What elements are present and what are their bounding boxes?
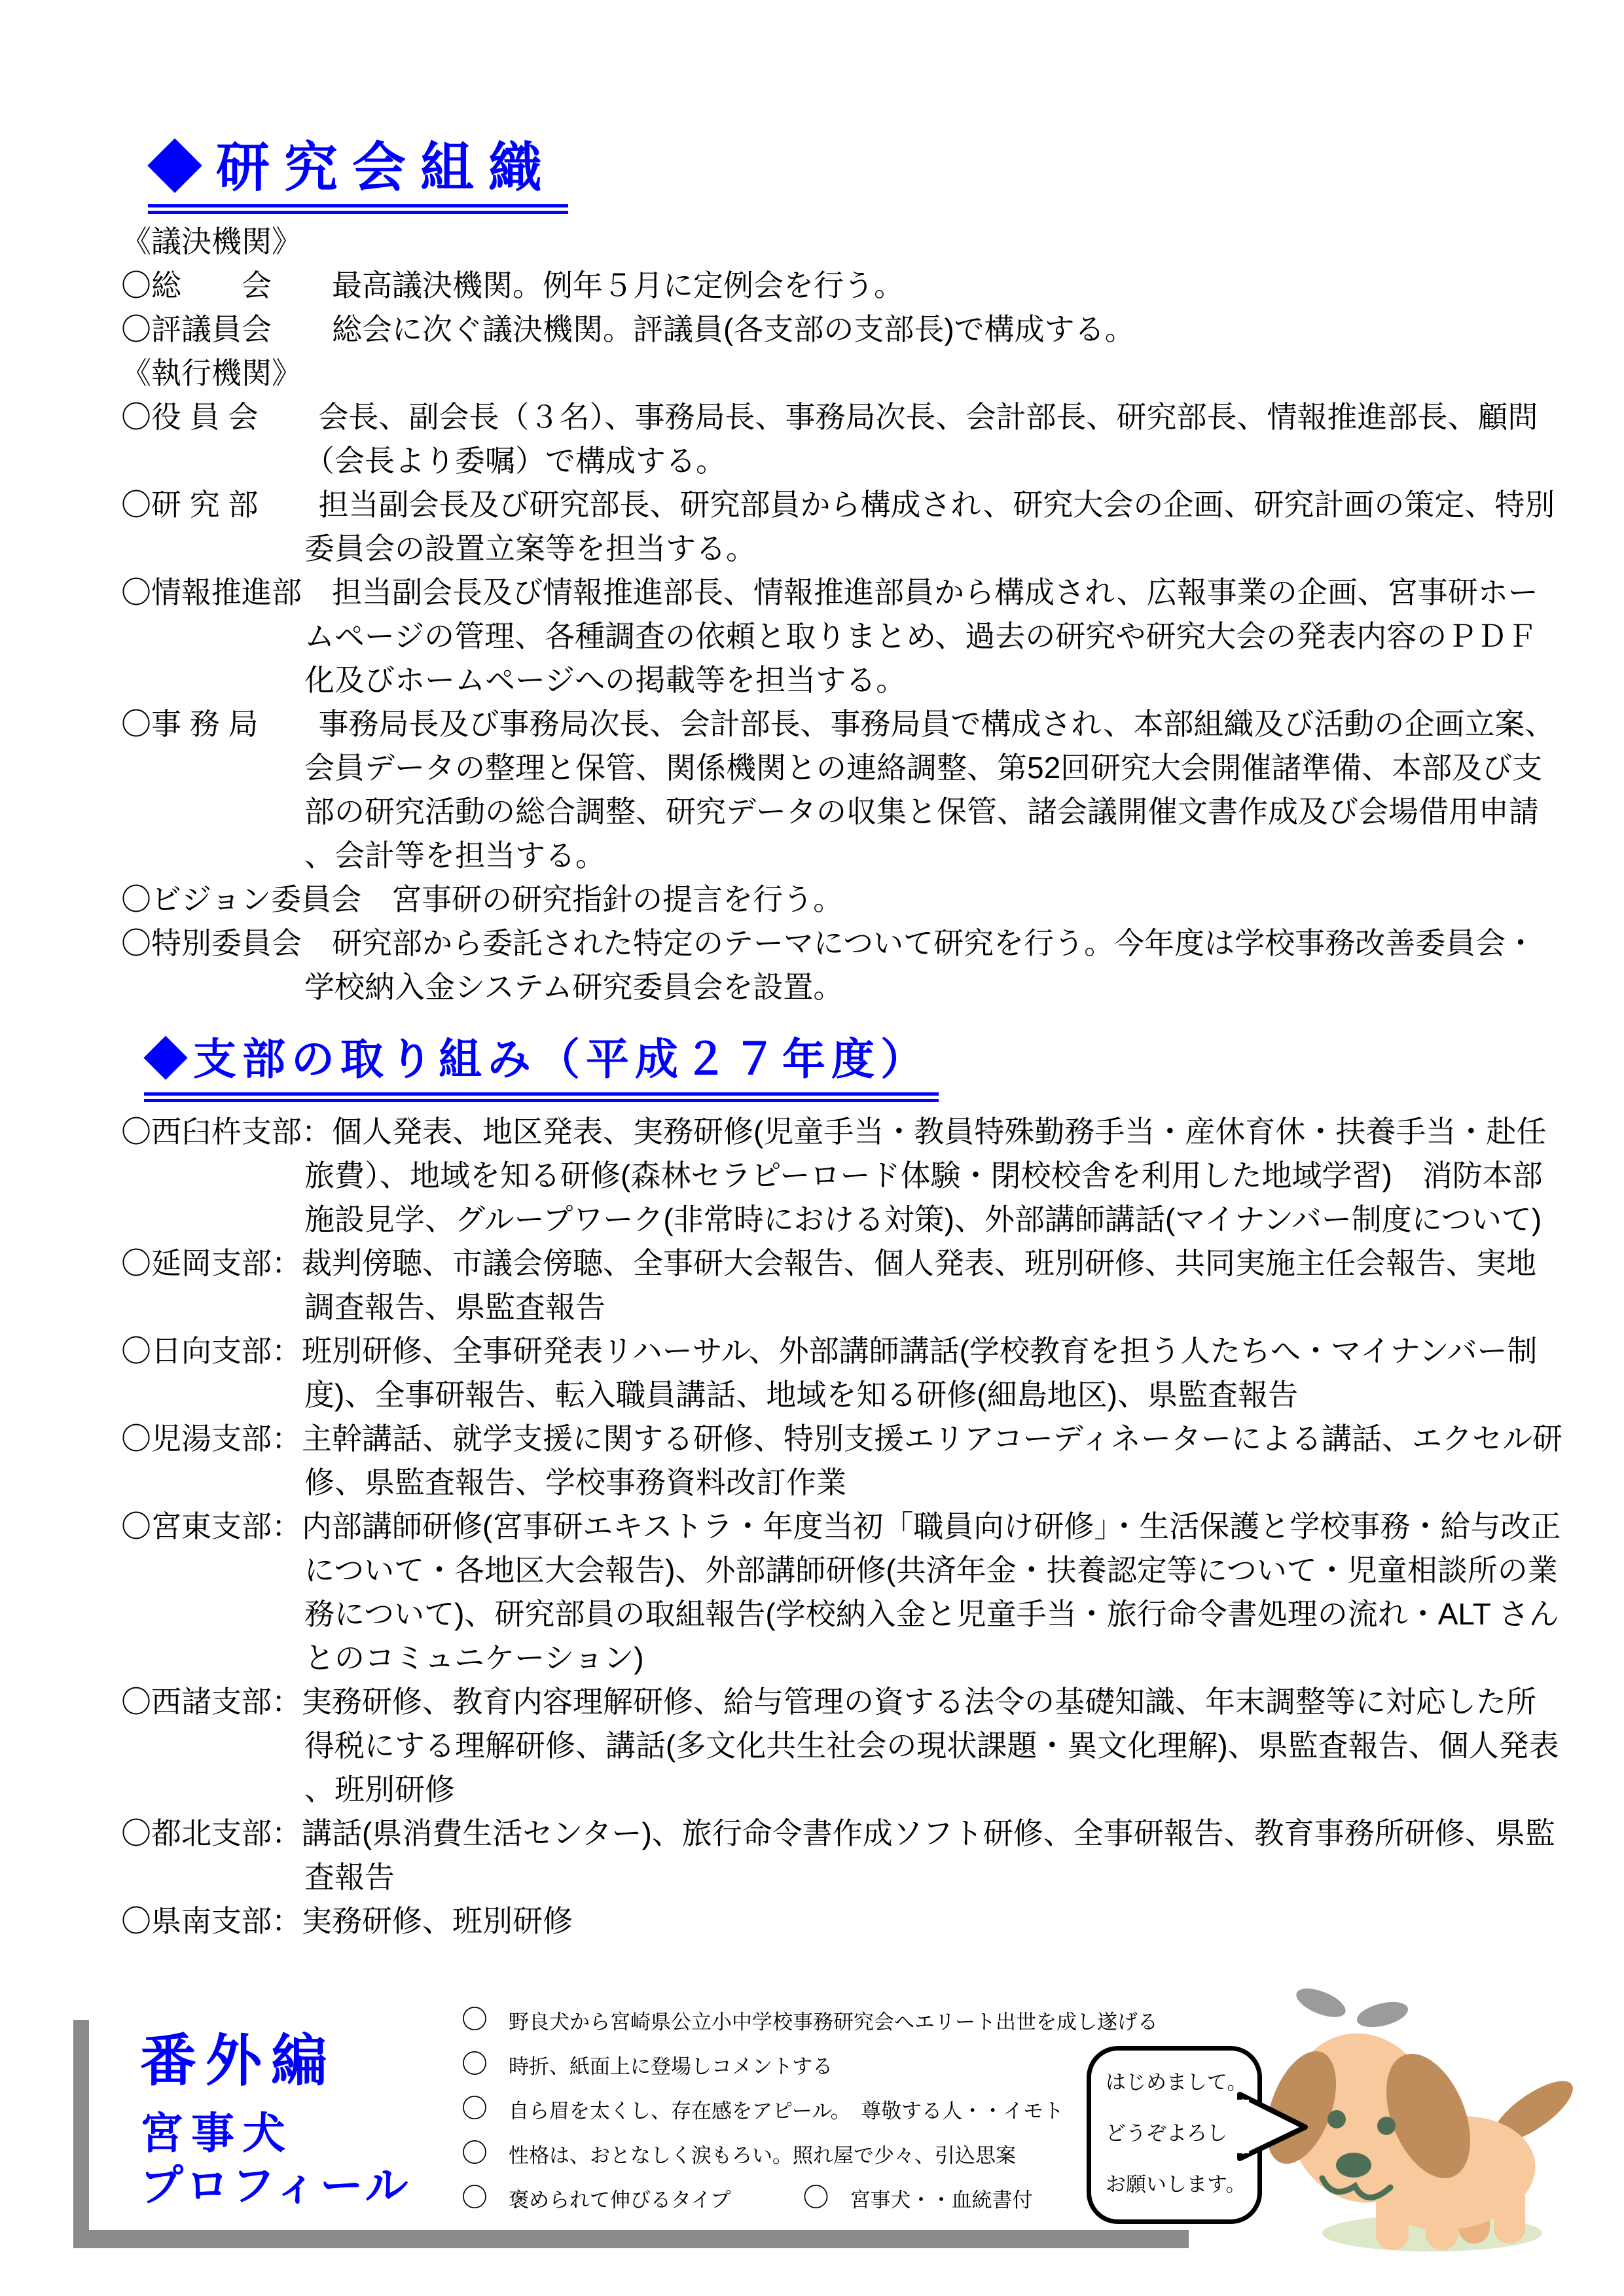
bullet-text: 野良犬から宮崎県公立小中学校事務研究会へエリート出世を成し遂げる bbox=[509, 2005, 1158, 2035]
branch-item-koyu: 〇児湯支部：主幹講話、就学支援に関する研修、特別支援エリアコーディネーターによる… bbox=[121, 1417, 1564, 1505]
org-item-jimukyoku: 〇事 務 局 事務局長及び事務局次長、会計部長、事務局員で構成され、本部組織及び… bbox=[121, 702, 1564, 878]
circle-bullet-icon: 〇 bbox=[461, 2185, 488, 2211]
list-item: 〇 時折、紙面上に登場しコメントする bbox=[461, 2042, 1158, 2087]
list-item: 〇 野良犬から宮崎県公立小中学校事務研究会へエリート出世を成し遂げる bbox=[461, 1998, 1158, 2042]
dog-profile-list: 〇 野良犬から宮崎県公立小中学校事務研究会へエリート出世を成し遂げる 〇 時折、… bbox=[461, 1998, 1158, 2220]
dog-eyebrow bbox=[1293, 1982, 1350, 2022]
org-item-vision-iinkai: 〇ビジョン委員会 宮事研の研究指針の提言を行う。 bbox=[121, 878, 1564, 922]
organization-section: 《議決機関》 〇総 会 最高議決機関。例年５月に定例会を行う。 〇評議員会 総会… bbox=[121, 220, 1564, 1009]
branch-item-nishiusuki: 〇西臼杵支部：個人発表、地区発表、実務研修(児童手当・教員特殊勤務手当・産休育休… bbox=[121, 1110, 1564, 1242]
bullet-text: 性格は、おとなしく涙もろい。照れ屋で少々、引込思案 bbox=[509, 2139, 1016, 2168]
corner-frame-horizontal-bar bbox=[73, 2230, 1189, 2248]
branch-item-kennan: 〇県南支部：実務研修、班別研修 bbox=[121, 1899, 1564, 1943]
org-group-label: 《議決機関》 bbox=[121, 220, 1564, 264]
org-group-label: 《執行機関》 bbox=[121, 351, 1564, 395]
dog-nose bbox=[1336, 2153, 1371, 2178]
circle-bullet-icon: 〇 bbox=[461, 2140, 488, 2166]
org-item-johosuishinbu: 〇情報推進部 担当副会長及び情報推進部長、情報推進部員から構成され、広報事業の企… bbox=[121, 571, 1564, 702]
dog-eye bbox=[1377, 2117, 1396, 2135]
corner-frame-vertical-bar bbox=[73, 2020, 89, 2232]
speech-bubble-tail-icon bbox=[1231, 2089, 1316, 2164]
extra-title-miyajiken: 宮事犬 bbox=[140, 2111, 293, 2155]
bullet-text: 褒められて伸びるタイプ bbox=[509, 2183, 731, 2213]
org-item-kenkyubu: 〇研 究 部 担当副会長及び研究部長、研究部員から構成され、研究大会の企画、研究… bbox=[121, 483, 1564, 571]
bullet-text: 宮事犬・・血統書付 bbox=[850, 2183, 1032, 2213]
bullet-text: 自ら眉を太くし、存在感をアピール。 尊敬する人・・イモト bbox=[509, 2094, 1064, 2124]
branch-item-nobeoka: 〇延岡支部：裁判傍聴、市議会傍聴、全事研大会報告、個人発表、班別研修、共同実施主… bbox=[121, 1242, 1564, 1329]
dog-eyebrow bbox=[1354, 1998, 1411, 2032]
branch-item-miyahigashi: 〇宮東支部：内部講師研修(宮事研エキストラ・年度当初「職員向け研修」・生活保護と… bbox=[121, 1505, 1564, 1680]
list-item: 〇 性格は、おとなしく涙もろい。照れ屋で少々、引込思案 bbox=[461, 2131, 1158, 2176]
dog-eye bbox=[1327, 2110, 1346, 2128]
dog-front-leg bbox=[1426, 2177, 1458, 2250]
document-page: ◆研究会組織 《議決機関》 〇総 会 最高議決機関。例年５月に定例会を行う。 〇… bbox=[0, 0, 1624, 2296]
branch-item-nishimoro: 〇西諸支部：実務研修、教育内容理解研修、給与管理の資する法令の基礎知識、年末調整… bbox=[121, 1680, 1564, 1812]
extra-title-profile: プロフィール bbox=[140, 2164, 410, 2207]
branch-item-tohoku: 〇都北支部：講話(県消費生活センター)、旅行命令書作成ソフト研修、全事研報告、教… bbox=[121, 1812, 1564, 1899]
list-item: 〇 自ら眉を太くし、存在感をアピール。 尊敬する人・・イモト bbox=[461, 2087, 1158, 2131]
dog-hind-leg bbox=[1494, 2166, 1525, 2244]
section-heading-organization: ◆研究会組織 bbox=[148, 139, 568, 214]
org-item-soukai: 〇総 会 最高議決機関。例年５月に定例会を行う。 bbox=[121, 264, 1564, 308]
speech-bubble-text: お願いします。 bbox=[1106, 2159, 1257, 2210]
circle-bullet-icon: 〇 bbox=[461, 2051, 488, 2077]
branch-item-hyuga: 〇日向支部：班別研修、全事研発表リハーサル、外部講師講話(学校教育を担う人たちへ… bbox=[121, 1329, 1564, 1417]
org-item-hyogiinkai: 〇評議員会 総会に次ぐ議決機関。評議員(各支部の支部長)で構成する。 bbox=[121, 308, 1564, 351]
section-heading-branches: ◆支部の取り組み（平成２７年度） bbox=[144, 1037, 939, 1102]
org-item-tokubetsu-iinkai: 〇特別委員会 研究部から委託された特定のテーマについて研究を行う。今年度は学校事… bbox=[121, 922, 1564, 1009]
circle-bullet-icon: 〇 bbox=[461, 2007, 488, 2033]
bullet-text: 時折、紙面上に登場しコメントする bbox=[509, 2050, 833, 2079]
extra-title-bangaihen: 番外編 bbox=[140, 2033, 336, 2089]
circle-bullet-icon: 〇 bbox=[803, 2185, 829, 2211]
list-item: 〇 褒められて伸びるタイプ 〇 宮事犬・・血統書付 bbox=[461, 2176, 1158, 2220]
circle-bullet-icon: 〇 bbox=[461, 2096, 488, 2122]
branches-section: 〇西臼杵支部：個人発表、地区発表、実務研修(児童手当・教員特殊勤務手当・産休育休… bbox=[121, 1110, 1564, 1943]
org-item-yakuinkai: 〇役 員 会 会長、副会長（３名）、事務局長、事務局次長、会計部長、研究部長、情… bbox=[121, 395, 1564, 483]
